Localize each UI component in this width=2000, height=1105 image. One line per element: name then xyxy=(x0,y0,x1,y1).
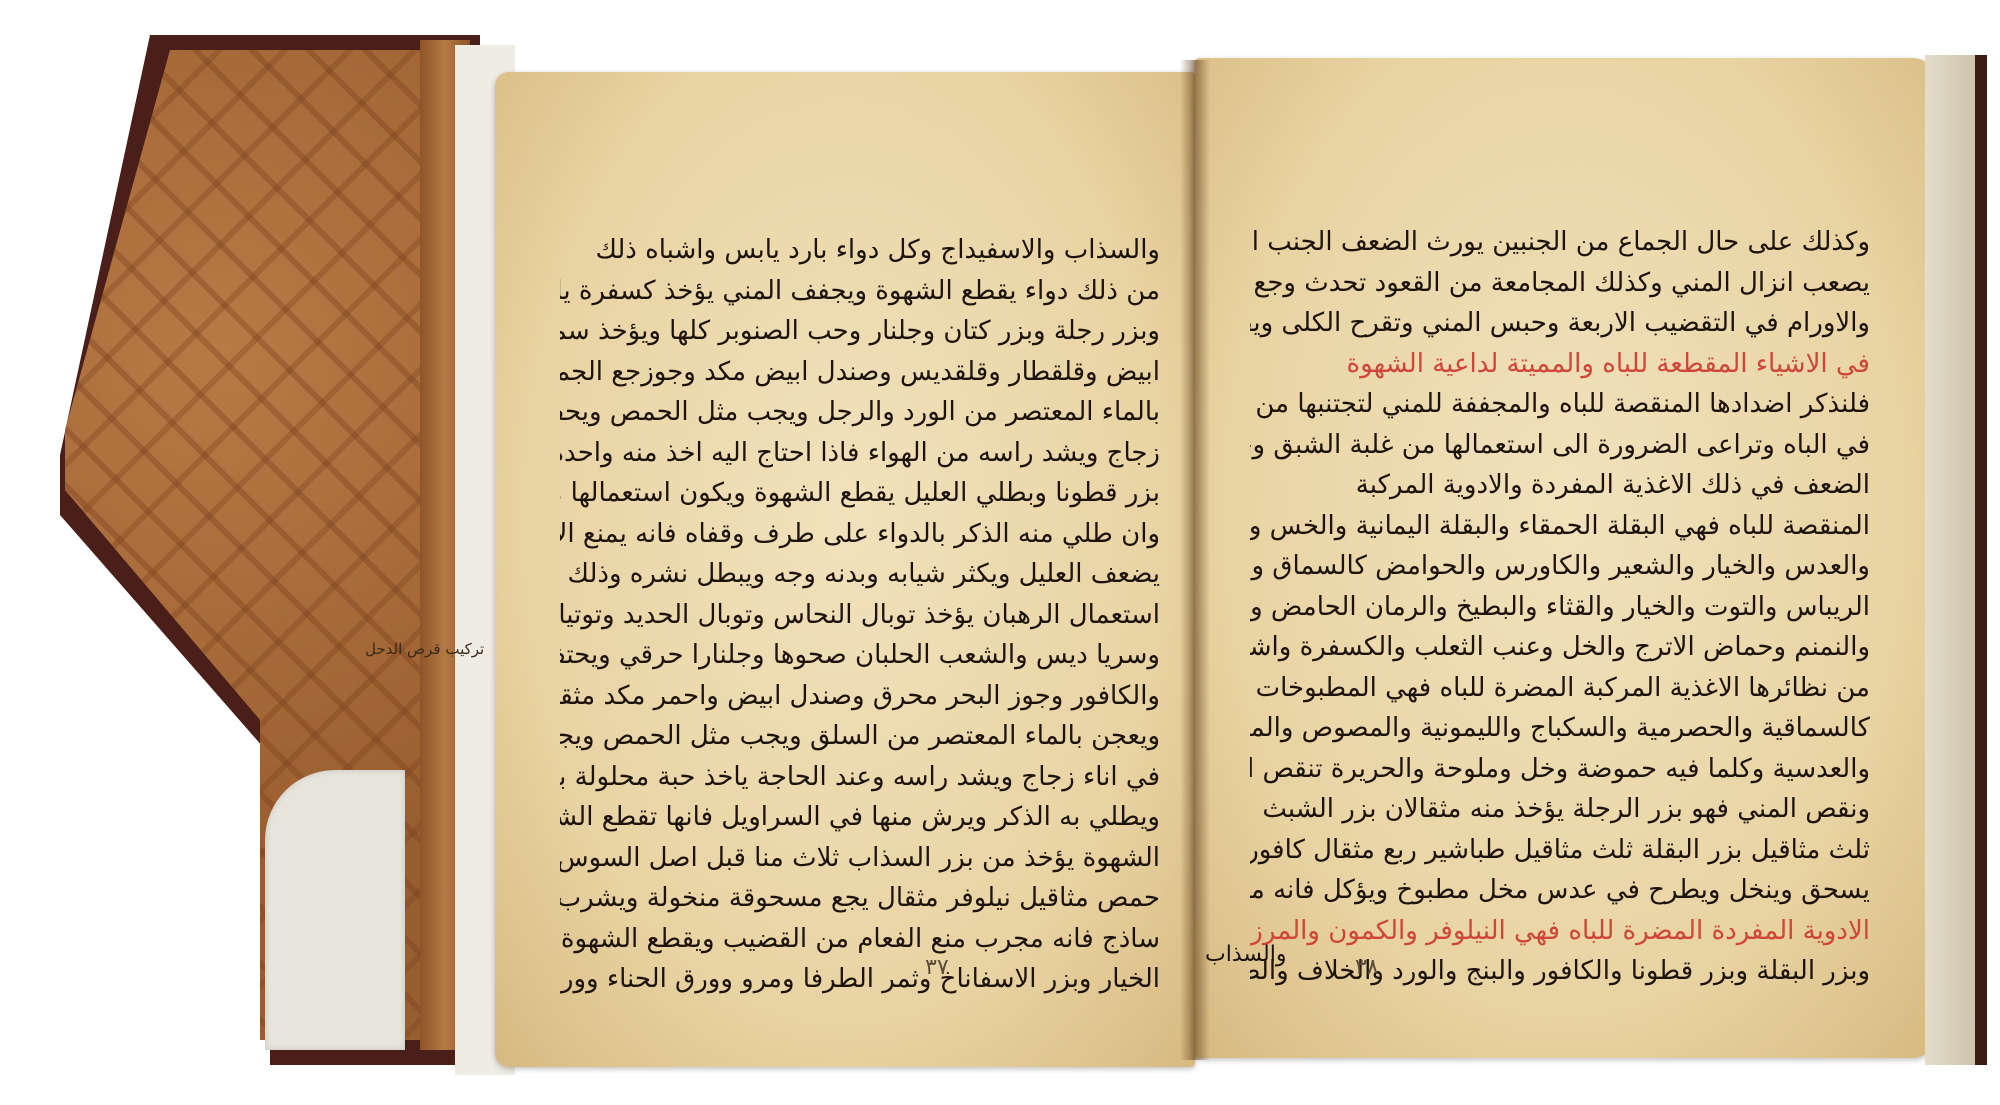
text-line: يضعف العليل ويكثر شيابه وبدنه وجه ويبطل … xyxy=(560,554,1160,595)
text-line: ابيض وقلقطار وقلقديس وصندل ابيض مكد وجوز… xyxy=(560,352,1160,393)
text-line: استعمال الرهبان يؤخذ توبال النحاس وتوبال… xyxy=(560,595,1160,636)
rubric-line: الادوية المفردة المضرة للباه فهي النيلوف… xyxy=(1250,911,1870,952)
text-line: والنمنم وحماض الاترج والخل وعنب الثعلب و… xyxy=(1250,627,1870,668)
folio-number-right: ٣٨ xyxy=(1355,955,1379,980)
text-line: ويطلي به الذكر ويرش منها في السراويل فان… xyxy=(560,797,1160,838)
text-line: وبزر رجلة وبزر كتان وجلنار وحب الصنوبر ك… xyxy=(560,311,1160,352)
left-page-text: والسذاب والاسفيداج وكل دواء بارد يابس وا… xyxy=(560,230,1160,1000)
page-stack-edge xyxy=(1925,55,1987,1065)
folio-number-left: ٣٧ xyxy=(925,955,949,980)
text-line: في الباه وتراعى الضرورة الى استعمالها من… xyxy=(1250,425,1870,466)
chapter-heading-line: في الاشياء المقطعة للباه والمميتة لداعية… xyxy=(1250,344,1870,385)
text-line: والكافور وجوز البحر محرق وصندل ابيض واحم… xyxy=(560,676,1160,717)
text-line: فلنذكر اضدادها المنقصة للباه والمجففة لل… xyxy=(1250,384,1870,425)
text-line: من ذلك دواء يقطع الشهوة ويجفف المني يؤخذ… xyxy=(560,271,1160,312)
text-line: بالماء المعتصر من الورد والرجل ويجب مثل … xyxy=(560,392,1160,433)
text-line: الشهوة يؤخذ من بزر السذاب ثلاث منا قبل ا… xyxy=(560,838,1160,879)
text-line: وبزر البقلة وبزر قطونا والكافور والبنج و… xyxy=(1250,951,1870,992)
paper-repair-patch xyxy=(265,770,405,1050)
text-line: وان طلي منه الذكر بالدواء على طرف وقفاه … xyxy=(560,514,1160,555)
text-line: كالسماقية والحصرمية والسكباج والليمونية … xyxy=(1250,708,1870,749)
text-line: زجاج ويشد راسه من الهواء فاذا احتاج اليه… xyxy=(560,433,1160,474)
text-line: المنقصة للباه فهي البقلة الحمقاء والبقلة… xyxy=(1250,506,1870,547)
text-line: من نظائرها الاغذية المركبة المضرة للباه … xyxy=(1250,668,1870,709)
text-line: الضعف في ذلك الاغذية المفردة والادوية ال… xyxy=(1250,465,1870,506)
text-line: يصعب انزال المني وكذلك المجامعة من القعو… xyxy=(1250,263,1870,304)
text-line: حمص مثاقيل نيلوفر مثقال يجع مسحوقة منخول… xyxy=(560,878,1160,919)
text-line: والاورام في التقضيب الاربعة وحبس المني و… xyxy=(1250,303,1870,344)
text-line: الريباس والتوت والخيار والقثاء والبطيخ و… xyxy=(1250,587,1870,628)
text-line: ساذج فانه مجرب منع الفعام من القضيب ويقط… xyxy=(560,919,1160,960)
catchword: والسذاب xyxy=(1205,942,1286,967)
margin-note: تركيب قرص الدحل xyxy=(365,640,484,658)
text-line: الخيار وبزر الاسفاناخ وثمر الطرفا ومرو و… xyxy=(560,959,1160,1000)
text-line: يسحق وينخل ويطرح في عدس مخل مطبوخ ويؤكل … xyxy=(1250,870,1870,911)
text-line: وسريا ديس والشعب الحلبان صحوها وجلنارا ح… xyxy=(560,635,1160,676)
text-line: بزر قطونا وبطلي العليل يقطع الشهوة ويكون… xyxy=(560,473,1160,514)
manuscript-photo: والسذاب والاسفيداج وكل دواء بارد يابس وا… xyxy=(0,0,2000,1105)
text-line: وكذلك على حال الجماع من الجنبين يورث الض… xyxy=(1250,222,1870,263)
text-line: ويعجن بالماء المعتصر من السلق ويجب مثل ا… xyxy=(560,716,1160,757)
text-line: ونقص المني فهو بزر الرجلة يؤخذ منه مثقال… xyxy=(1250,789,1870,830)
text-line: والسذاب والاسفيداج وكل دواء بارد يابس وا… xyxy=(560,230,1160,271)
text-line: والعدس والخيار والشعير والكاورس والحوامض… xyxy=(1250,546,1870,587)
text-line: والعدسية وكلما فيه حموضة وخل وملوحة والح… xyxy=(1250,749,1870,790)
right-page-text: وكذلك على حال الجماع من الجنبين يورث الض… xyxy=(1250,222,1870,992)
book-gutter xyxy=(1180,60,1210,1060)
text-line: في اناء زجاج ويشد راسه وعند الحاجة ياخذ … xyxy=(560,757,1160,798)
text-line: ثلث مثاقيل بزر البقلة ثلث مثاقيل طباشير … xyxy=(1250,830,1870,871)
